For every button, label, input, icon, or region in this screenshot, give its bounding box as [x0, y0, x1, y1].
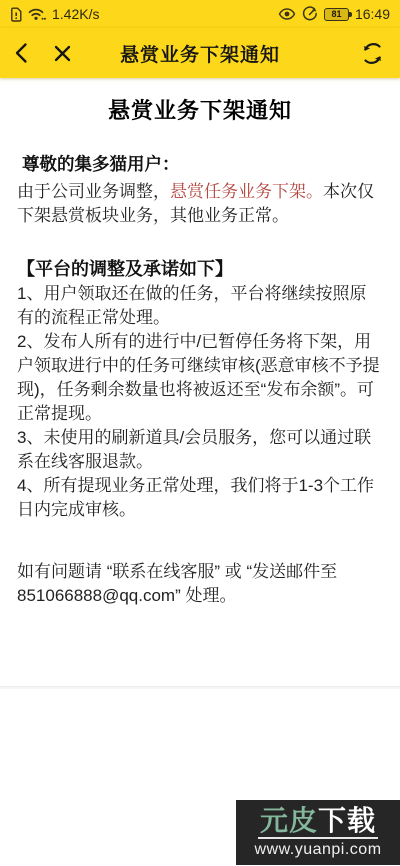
- status-bar: 1.42K/s 81 16:49: [0, 0, 400, 28]
- network-speed: 1.42K/s: [52, 6, 99, 22]
- intro-before: 由于公司业务调整，: [17, 182, 170, 201]
- watermark-url: www.yuanpi.com: [254, 841, 381, 859]
- page-title: 悬赏业务下架通知: [17, 94, 383, 125]
- wifi-icon: [28, 7, 46, 21]
- notice-items: 1、用户领取还在做的任务，平台将继续按照原有的流程正常处理。 2、发布人所有的进…: [17, 282, 383, 522]
- battery-icon: 81: [324, 8, 349, 21]
- nav-title: 悬赏业务下架通知: [60, 40, 340, 67]
- battery-percent: 81: [331, 9, 341, 19]
- clock: 16:49: [355, 6, 390, 22]
- greeting: 尊敬的集多猫用户：: [22, 151, 383, 176]
- notice-item-4: 4、所有提现业务正常处理，我们将于1-3个工作日内完成审核。: [17, 474, 383, 522]
- back-icon: [14, 42, 28, 64]
- intro-highlight: 悬赏任务业务下架。: [170, 182, 323, 201]
- status-left: 1.42K/s: [10, 6, 99, 22]
- section-heading: 【平台的调整及承诺如下】: [17, 256, 383, 282]
- watermark-brand: 元皮下载: [258, 806, 378, 839]
- notice-item-2: 2、发布人所有的进行中/已暂停任务将下架，用户领取进行中的任务可继续审核(恶意审…: [17, 330, 383, 426]
- no-sim-icon: [10, 7, 22, 22]
- status-right: 81 16:49: [278, 6, 390, 22]
- watermark-brand-green: 元皮: [260, 805, 318, 836]
- notice-item-1: 1、用户领取还在做的任务，平台将继续按照原有的流程正常处理。: [17, 282, 383, 330]
- nav-bar: 悬赏业务下架通知: [0, 28, 400, 78]
- intro-paragraph: 由于公司业务调整，悬赏任务业务下架。本次仅下架悬赏板块业务，其他业务正常。: [17, 180, 383, 228]
- back-button[interactable]: [14, 42, 28, 64]
- notice-item-3: 3、未使用的刷新道具/会员服务，您可以通过联系在线客服退款。: [17, 426, 383, 474]
- watermark-badge: 元皮下载 www.yuanpi.com: [236, 800, 400, 865]
- data-saver-icon: [302, 6, 318, 22]
- app-window: 1.42K/s 81 16:49: [0, 0, 400, 866]
- refresh-button[interactable]: [359, 40, 386, 67]
- watermark-brand-white: 下载: [318, 805, 376, 836]
- contact-paragraph: 如有问题请 “联系在线客服” 或 “发送邮件至 851066888@qq.com…: [17, 560, 383, 608]
- notice-body: 悬赏业务下架通知 尊敬的集多猫用户： 由于公司业务调整，悬赏任务业务下架。本次仅…: [0, 94, 400, 608]
- refresh-icon: [359, 40, 386, 67]
- section-divider: [0, 686, 400, 689]
- eye-icon: [278, 8, 296, 20]
